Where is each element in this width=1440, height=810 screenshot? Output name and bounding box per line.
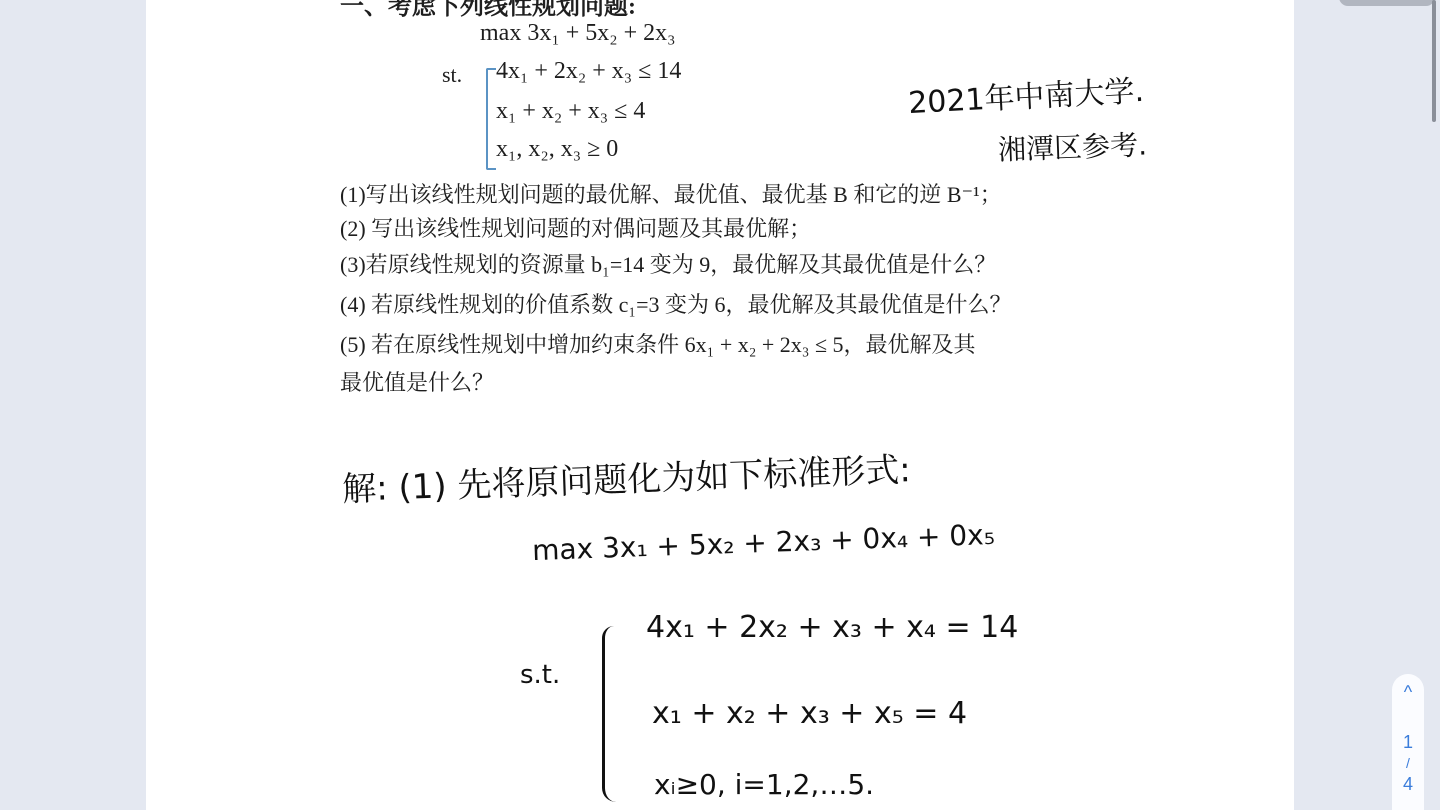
chevron-up-icon[interactable]: ^ <box>1404 682 1412 702</box>
question-2: (2) 写出该线性规划问题的对偶问题及其最优解； <box>340 212 811 243</box>
handwritten-constraint-1: 4x₁ + 2x₂ + x₃ + x₄ = 14 <box>646 610 1018 645</box>
section-heading: 一、考虑下列线性规划问题: <box>340 0 636 21</box>
question-3: (3)若原线性规划的资源量 b₁=14 变为 9，最优解及其最优值是什么？ <box>340 248 996 279</box>
current-page-number: 1 <box>1403 732 1413 752</box>
total-pages: 4 <box>1403 774 1413 794</box>
document-page: 一、考虑下列线性规划问题: max 3x₁ + 5x₂ + 2x₃ st. 4x… <box>146 0 1294 810</box>
constraint-nonneg: x₁, x₂, x₃ ≥ 0 <box>496 136 618 163</box>
handwritten-solution-intro: 解: (1) 先将原问题化为如下标准形式: <box>341 442 911 511</box>
question-4: (4) 若原线性规划的价值系数 c₁=3 变为 6，最优解及其最优值是什么？ <box>340 288 1012 319</box>
question-1: (1)写出该线性规划问题的最优解、最优值、最优基 B 和它的逆 B⁻¹； <box>340 178 1002 209</box>
handwritten-std-objective: max 3x₁ + 5x₂ + 2x₃ + 0x₄ + 0x₅ <box>532 518 996 567</box>
horizontal-scroll-thumb[interactable] <box>1339 0 1435 6</box>
constraint-brace <box>486 68 496 170</box>
handwritten-constraint-2: x₁ + x₂ + x₃ + x₅ = 4 <box>652 696 967 731</box>
page-separator: / <box>1406 752 1410 774</box>
handwritten-constraint-nonneg: xᵢ≥0, i=1,2,…5. <box>654 768 874 801</box>
st-label: st. <box>442 62 462 88</box>
constraint-2: x₁ + x₂ + x₃ ≤ 4 <box>496 98 645 125</box>
page-navigator: ^ 1 / 4 <box>1392 674 1424 810</box>
question-5-cont: 最优值是什么？ <box>340 366 494 397</box>
constraint-1: 4x₁ + 2x₂ + x₃ ≤ 14 <box>496 58 681 85</box>
objective-function: max 3x₁ + 5x₂ + 2x₃ <box>480 20 676 47</box>
handwritten-st-label: s.t. <box>520 660 560 690</box>
handwritten-note-ref: 湘潭区参考. <box>997 123 1147 168</box>
handwritten-brace <box>602 626 619 802</box>
question-5: (5) 若在原线性规划中增加约束条件 6x₁ + x₂ + 2x₃ ≤ 5，最优… <box>340 328 976 359</box>
handwritten-note-source: 2021年中南大学. <box>907 66 1145 122</box>
vertical-scrollbar[interactable] <box>1432 0 1436 122</box>
